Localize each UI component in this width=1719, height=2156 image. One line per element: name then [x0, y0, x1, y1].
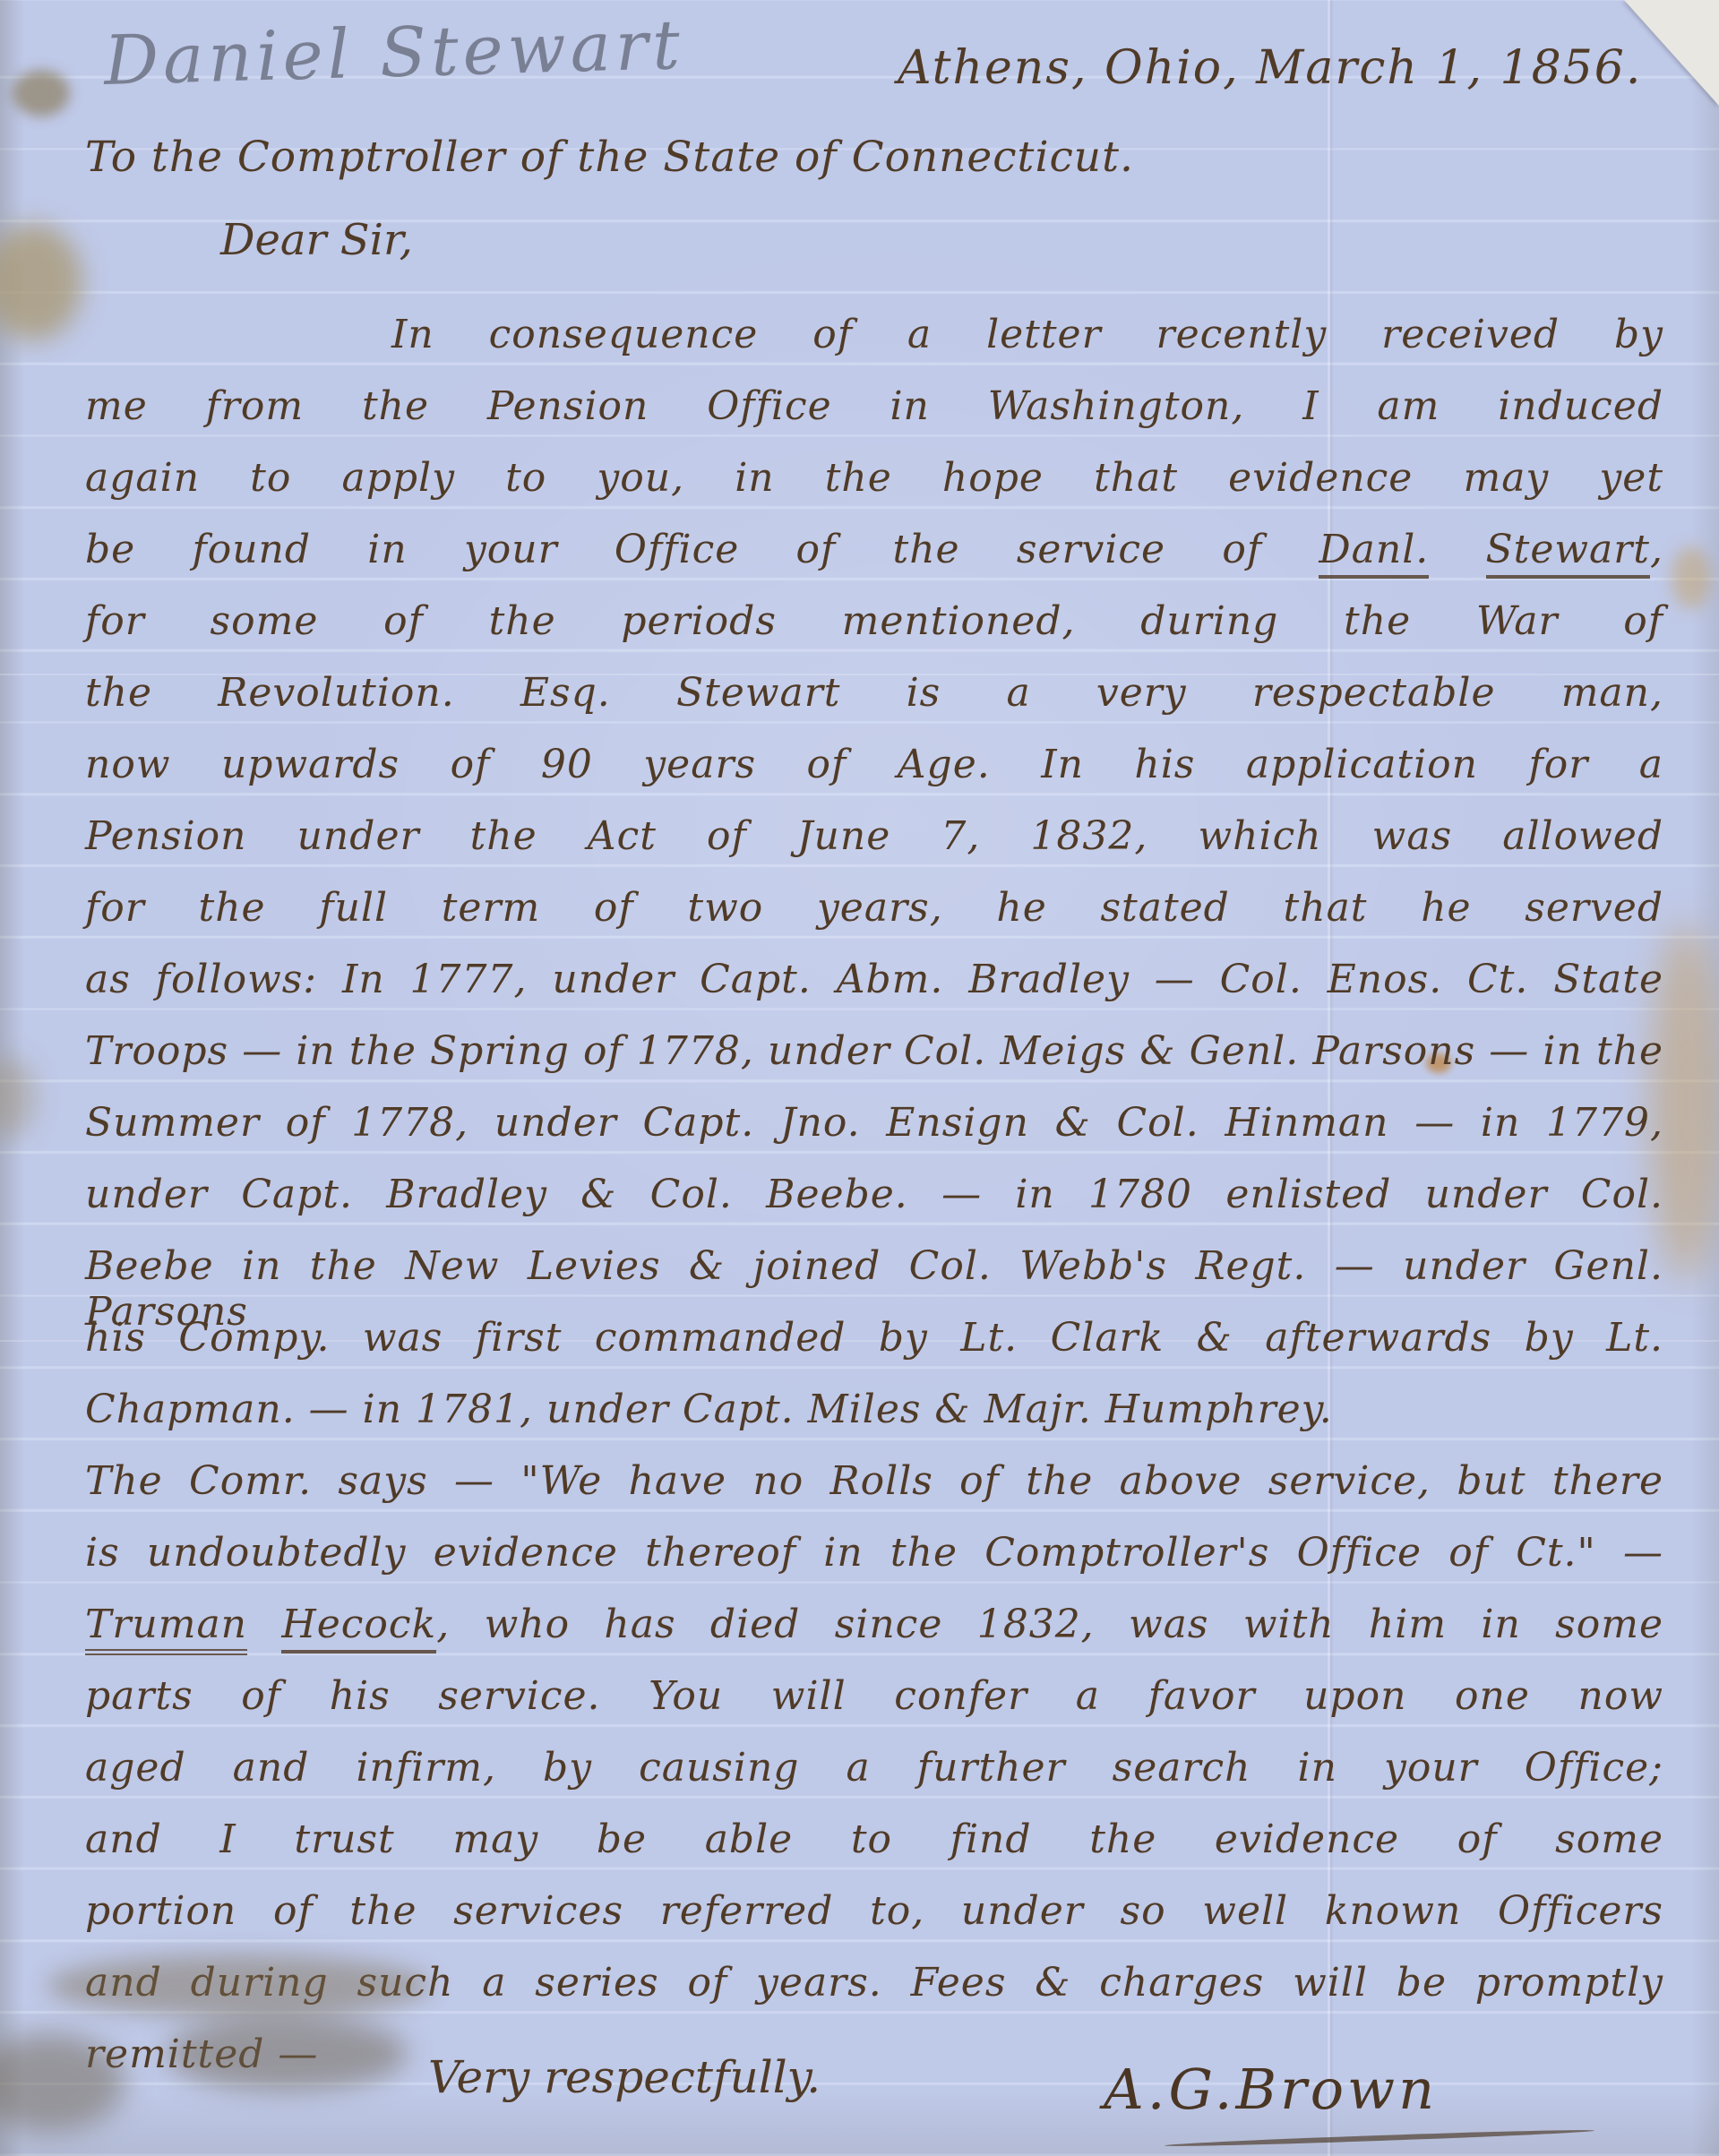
salutation: Dear Sir,	[220, 215, 413, 265]
body-line: parts of his service. You will confer a …	[85, 1673, 1663, 1745]
body-line-text: be found in your Office of the service o…	[85, 527, 1319, 572]
letter-body: In consequence of a letter recently rece…	[85, 312, 1663, 2103]
body-line: under Capt. Bradley & Col. Beebe. — in 1…	[85, 1172, 1663, 1243]
body-line: portion of the services referred to, und…	[85, 1888, 1663, 1960]
underlined-name: Danl.	[1319, 527, 1429, 579]
body-line: and during such a series of years. Fees …	[85, 1960, 1663, 2031]
letter-page: Daniel Stewart Athens, Ohio, March 1, 18…	[0, 0, 1719, 2156]
body-line: Pension under the Act of June 7, 1832, w…	[85, 813, 1663, 885]
body-line: the Revolution. Esq. Stewart is a very r…	[85, 670, 1663, 742]
body-line: The Comr. says — "We have no Rolls of th…	[85, 1458, 1663, 1530]
body-line-text: ,	[1650, 527, 1663, 572]
body-line-text	[247, 1602, 281, 1647]
underlined-name: Truman	[85, 1602, 247, 1655]
body-line: Summer of 1778, under Capt. Jno. Ensign …	[85, 1100, 1663, 1172]
underlined-name: Hecock	[281, 1602, 436, 1654]
signature: A.G.Brown	[1104, 2057, 1438, 2122]
body-line: is undoubtedly evidence thereof in the C…	[85, 1530, 1663, 1602]
body-line: In consequence of a letter recently rece…	[85, 312, 1663, 383]
underlined-name: Stewart	[1486, 527, 1650, 579]
closing: Very respectfully.	[428, 2051, 821, 2103]
body-line: now upwards of 90 years of Age. In his a…	[85, 742, 1663, 813]
pencil-docket: Daniel Stewart	[103, 4, 685, 100]
body-line: Chapman. — in 1781, under Capt. Miles & …	[85, 1387, 1663, 1458]
body-line: Troops — in the Spring of 1778, under Co…	[85, 1028, 1663, 1100]
recipient-line: To the Comptroller of the State of Conne…	[85, 133, 1134, 182]
body-line-text: , who has died since 1832, was with him …	[436, 1602, 1663, 1647]
body-line: for the full term of two years, he state…	[85, 885, 1663, 957]
clipped-corner	[1624, 0, 1719, 106]
body-line: for some of the periods mentioned, durin…	[85, 598, 1663, 670]
body-line: Beebe in the New Levies & joined Col. We…	[85, 1243, 1663, 1315]
body-line: Truman Hecock, who has died since 1832, …	[85, 1602, 1663, 1673]
body-line: be found in your Office of the service o…	[85, 527, 1663, 598]
body-line: as follows: In 1777, under Capt. Abm. Br…	[85, 957, 1663, 1028]
body-line-text	[1429, 527, 1485, 572]
body-line: his Compy. was first commanded by Lt. Cl…	[85, 1315, 1663, 1387]
body-line: and I trust may be able to find the evid…	[85, 1817, 1663, 1888]
body-line: me from the Pension Office in Washington…	[85, 383, 1663, 455]
body-line: aged and infirm, by causing a further se…	[85, 1745, 1663, 1817]
dateline: Athens, Ohio, March 1, 1856.	[898, 41, 1642, 95]
body-line: again to apply to you, in the hope that …	[85, 455, 1663, 527]
